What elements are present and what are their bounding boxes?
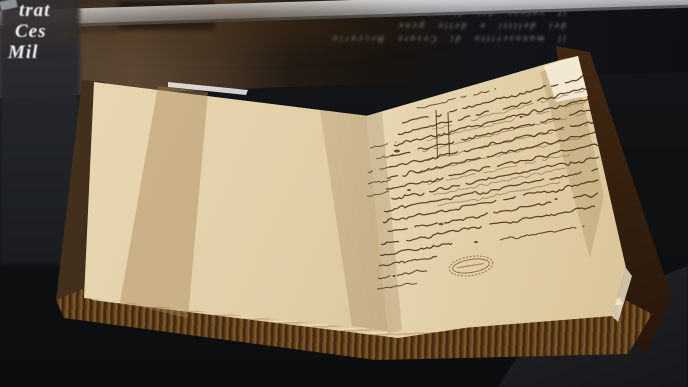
glass-case-back [0, 0, 688, 112]
exhibit-label-line: Ces [15, 21, 70, 42]
right-page-manuscript [0, 0, 688, 387]
exhibit-label: trat Ces Mil [0, 0, 70, 63]
reflected-caption-line: dei delitti e delle pene [0, 18, 566, 31]
base-highlight-wedge [0, 0, 688, 387]
base-reflection [0, 0, 380, 46]
book-cover-bottom [0, 0, 688, 387]
book-shadow [0, 0, 480, 62]
gilt-tooling-band [0, 0, 688, 387]
page-stack-fore-edge [0, 0, 688, 387]
background-right-column [0, 0, 80, 264]
left-page-gutter-shadow [0, 0, 688, 387]
exhibit-label-line: trat [19, 0, 70, 21]
museum-photo: il manoscritto di Cesare Beccaria dei de… [0, 0, 688, 387]
right-page-gutter-shadow [0, 0, 688, 387]
left-page-top-highlight [0, 0, 688, 387]
small-case-sticker [0, 0, 18, 11]
left-page-repair-band [0, 0, 688, 387]
handwriting-ink-overlay [0, 0, 688, 387]
glass-reflection-brown-panel [0, 0, 118, 33]
glass-reflection-dark-panel [0, 0, 215, 30]
book-cover-right-spine [0, 0, 688, 387]
reflected-caption-line: il valore dei diritti e delle leggi [0, 5, 566, 18]
right-page-tone-band [0, 0, 688, 387]
glass-reflection-spot [0, 0, 26, 26]
left-page-blank [0, 0, 688, 387]
right-page-turned-corner [0, 0, 688, 387]
reflected-caption-text: il manoscritto di Cesare Beccaria dei de… [0, 0, 566, 44]
exhibit-label-line: Mil [8, 42, 70, 63]
book-cover-left-edge [0, 0, 688, 387]
reflected-caption-line: il manoscritto di Cesare Beccaria [0, 31, 566, 44]
case-ledge-rail [0, 0, 688, 29]
right-page-edge-highlight [0, 0, 688, 387]
display-base [0, 0, 688, 387]
